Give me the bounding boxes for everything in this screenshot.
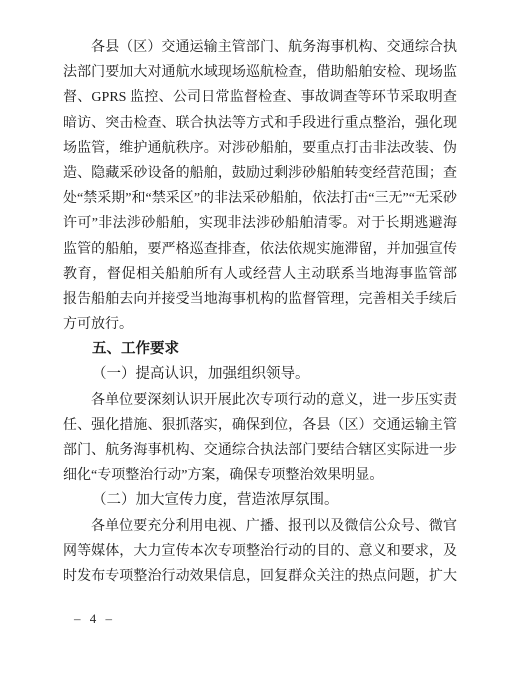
body-line: 任、强化措施、狠抓落实，确保到位，各县（区）交通运输主管	[63, 413, 457, 438]
body-line: 各单位要深刻认识开展此次专项行动的意义，进一步压实责	[63, 388, 457, 413]
document-body: 各县（区）交通运输主管部门、航务海事机构、交通综合执 法部门要加大对通航水域现场…	[63, 35, 457, 589]
subsection-heading-2: （二）加大宣传力度，营造浓厚氛围。	[63, 488, 457, 513]
body-line: 暗访、突击检查、联合执法等方式和手段进行重点整治，强化现	[63, 111, 457, 136]
body-line: 督、GPRS 监控、公司日常监督检查、事故调查等环节采取明查	[63, 85, 457, 110]
body-line: 许可”非法涉砂船舶，实现非法涉砂船舶清零。对于长期逃避海事	[63, 211, 457, 236]
body-line: 教育，督促相关船舶所有人或经营人主动联系当地海事监管部门，	[63, 262, 457, 287]
body-line: 处“禁采期”和“禁采区”的非法采砂船舶，依法打击“三无”“无采砂	[63, 186, 457, 211]
document-page: 各县（区）交通运输主管部门、航务海事机构、交通综合执 法部门要加大对通航水域现场…	[0, 0, 521, 674]
body-line: 造、隐藏采砂设备的船舶，鼓励过剩涉砂船舶转变经营范围；查	[63, 161, 457, 186]
body-line: 报告船舶去向并接受当地海事机构的监督管理，完善相关手续后	[63, 287, 457, 312]
body-line: 各县（区）交通运输主管部门、航务海事机构、交通综合执	[63, 35, 457, 60]
body-line: 监管的船舶，要严格巡查排查，依法依规实施滞留，并加强宣传	[63, 237, 457, 262]
body-line: 网等媒体，大力宣传本次专项整治行动的目的、意义和要求，及	[63, 539, 457, 564]
page-number: – 4 –	[74, 611, 115, 627]
body-line: 法部门要加大对通航水域现场巡航检查，借助船舶安检、现场监	[63, 60, 457, 85]
body-line: 场监管，维护通航秩序。对涉砂船舶，要重点打击非法改装、伪	[63, 136, 457, 161]
body-line: 时发布专项整治行动效果信息，回复群众关注的热点问题，扩大	[63, 564, 457, 589]
body-line: 部门、航务海事机构、交通综合执法部门要结合辖区实际进一步	[63, 438, 457, 463]
body-line: 细化“专项整治行动”方案，确保专项整治效果明显。	[63, 463, 457, 488]
section-heading-work-requirements: 五、工作要求	[63, 337, 457, 362]
subsection-heading-1: （一）提高认识，加强组织领导。	[63, 362, 457, 387]
body-line: 各单位要充分利用电视、广播、报刊以及微信公众号、微官	[63, 514, 457, 539]
body-line: 方可放行。	[63, 312, 457, 337]
